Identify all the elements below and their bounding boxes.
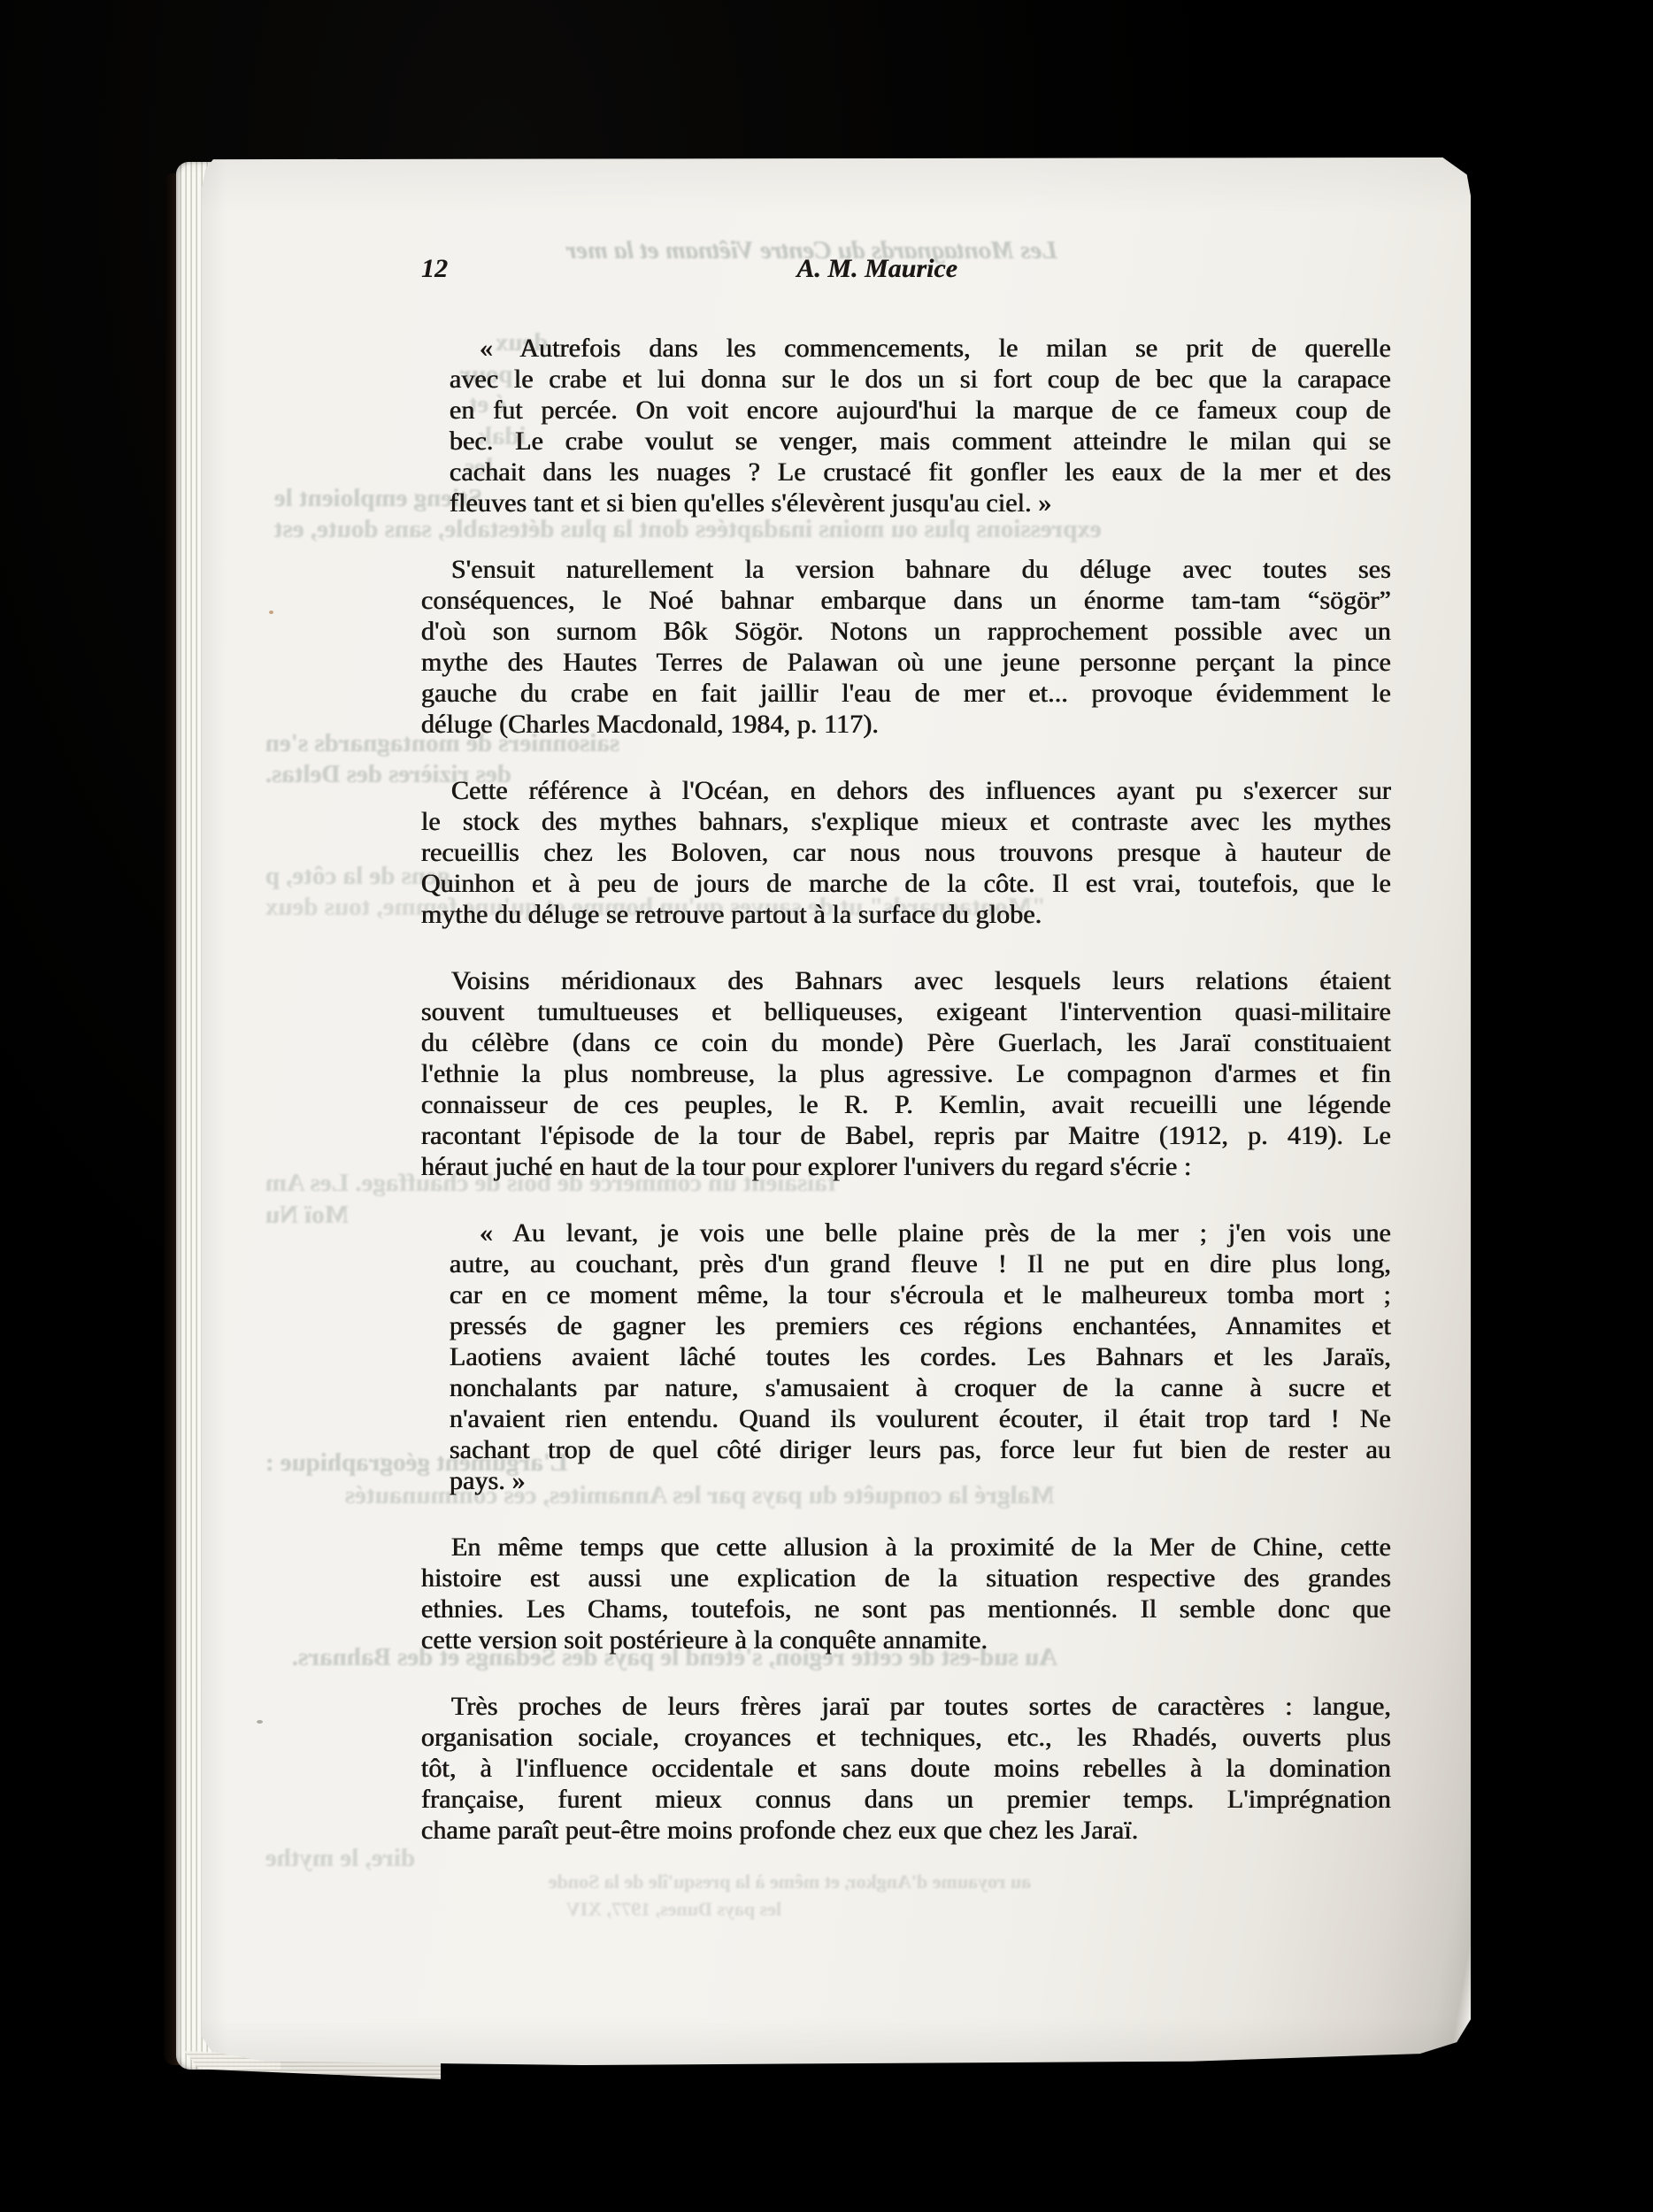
bleedthrough-text: les pays Dunes, 1977, XIV [566, 1894, 781, 1924]
text-line: histoire est aussi une explication de la… [421, 1563, 1391, 1594]
text-line: Laotiens avaient lâché toutes les cordes… [450, 1341, 1391, 1372]
paragraph: Cette référence à l'Océan, en dehors des… [421, 775, 1391, 930]
text-line: fleuves tant et si bien qu'elles s'élevè… [450, 488, 1391, 518]
text-line: conséquences, le Noé bahnar embarque dan… [421, 585, 1391, 616]
text-line: car en ce moment même, la tour s'écroula… [450, 1279, 1391, 1310]
text-line: d'où son surnom Bôk Sögör. Notons un rap… [421, 616, 1391, 647]
quote-paragraph: « Au levant, je vois une belle plaine pr… [421, 1217, 1391, 1496]
text-body: « Autrefois dans les commencements, le m… [421, 333, 1391, 1846]
text-line: nonchalants par nature, s'amusaient à cr… [450, 1372, 1391, 1403]
text-line: l'ethnie la plus nombreuse, la plus agre… [421, 1058, 1391, 1089]
book-page: Les Montagnards du Centre Viêtnam et la … [202, 157, 1471, 2065]
text-line: chame paraît peut-être moins profonde ch… [421, 1815, 1391, 1846]
paragraph: Très proches de leurs frères jaraï par t… [421, 1691, 1391, 1846]
text-line: bec. Le crabe voulut se venger, mais com… [450, 426, 1391, 457]
text-line: sachant trop de quel côté diriger leurs … [450, 1434, 1391, 1465]
text-line: pressés de gagner les premiers ces régio… [450, 1310, 1391, 1341]
page-content: 12 A. M. Maurice « Autrefois dans les co… [421, 253, 1391, 1846]
text-line: gauche du crabe en fait jaillir l'eau de… [421, 678, 1391, 709]
text-line: du célèbre (dans ce coin du monde) Père … [421, 1027, 1391, 1058]
text-line: S'ensuit naturellement la version bahnar… [421, 554, 1391, 585]
text-line: déluge (Charles Macdonald, 1984, p. 117)… [421, 709, 1391, 740]
text-line: connaisseur de ces peuples, le R. P. Kem… [421, 1089, 1391, 1120]
text-line: n'avaient rien entendu. Quand ils voulur… [450, 1403, 1391, 1434]
page-header: 12 A. M. Maurice [421, 253, 1391, 285]
text-line: Voisins méridionaux des Bahnars avec les… [421, 965, 1391, 996]
text-line: En même temps que cette allusion à la pr… [421, 1532, 1391, 1563]
text-line: Quinhon et à peu de jours de marche de l… [421, 868, 1391, 899]
paragraph: Voisins méridionaux des Bahnars avec les… [421, 965, 1391, 1182]
text-line: recueillis chez les Boloven, car nous no… [421, 837, 1391, 868]
bleedthrough-text: au royaume d'Angkor, et même à la presqu… [549, 1867, 1031, 1897]
paper-speck [257, 1720, 263, 1724]
text-line: « Au levant, je vois une belle plaine pr… [450, 1217, 1391, 1248]
text-line: tôt, à l'influence occidentale et sans d… [421, 1753, 1391, 1784]
paragraph: S'ensuit naturellement la version bahnar… [421, 554, 1391, 740]
text-line: ethnies. Les Chams, toutefois, ne sont p… [421, 1594, 1391, 1624]
text-line: cachait dans les nuages ? Le crustacé fi… [450, 457, 1391, 488]
text-line: le stock des mythes bahnars, s'explique … [421, 806, 1391, 837]
text-line: Cette référence à l'Océan, en dehors des… [421, 775, 1391, 806]
text-line: mythe du déluge se retrouve partout à la… [421, 899, 1391, 930]
bleedthrough-text: dire, le mythe [265, 1843, 415, 1873]
text-line: racontant l'épisode de la tour de Babel,… [421, 1120, 1391, 1151]
photo-background: Les Montagnards du Centre Viêtnam et la … [0, 0, 1653, 2212]
paragraph: En même temps que cette allusion à la pr… [421, 1532, 1391, 1655]
text-line: organisation sociale, croyances et techn… [421, 1722, 1391, 1753]
text-line: autre, au couchant, près d'un grand fleu… [450, 1248, 1391, 1279]
text-line: en fut percée. On voit encore aujourd'hu… [450, 395, 1391, 426]
text-line: « Autrefois dans les commencements, le m… [450, 333, 1391, 364]
text-line: cette version soit postérieure à la conq… [421, 1624, 1391, 1655]
text-line: Très proches de leurs frères jaraï par t… [421, 1691, 1391, 1722]
text-line: souvent tumultueuses et belliqueuses, ex… [421, 996, 1391, 1027]
text-line: mythe des Hautes Terres de Palawan où un… [421, 647, 1391, 678]
page-number: 12 [421, 253, 448, 285]
running-title: A. M. Maurice [796, 253, 957, 285]
text-line: avec le crabe et lui donna sur le dos un… [450, 364, 1391, 395]
text-line: pays. » [450, 1465, 1391, 1496]
paper-speck [269, 611, 273, 614]
text-line: héraut juché en haut de la tour pour exp… [421, 1151, 1391, 1182]
quote-paragraph: « Autrefois dans les commencements, le m… [421, 333, 1391, 518]
text-line: française, furent mieux connus dans un p… [421, 1784, 1391, 1815]
bleedthrough-text: Moï Nu [265, 1200, 349, 1230]
